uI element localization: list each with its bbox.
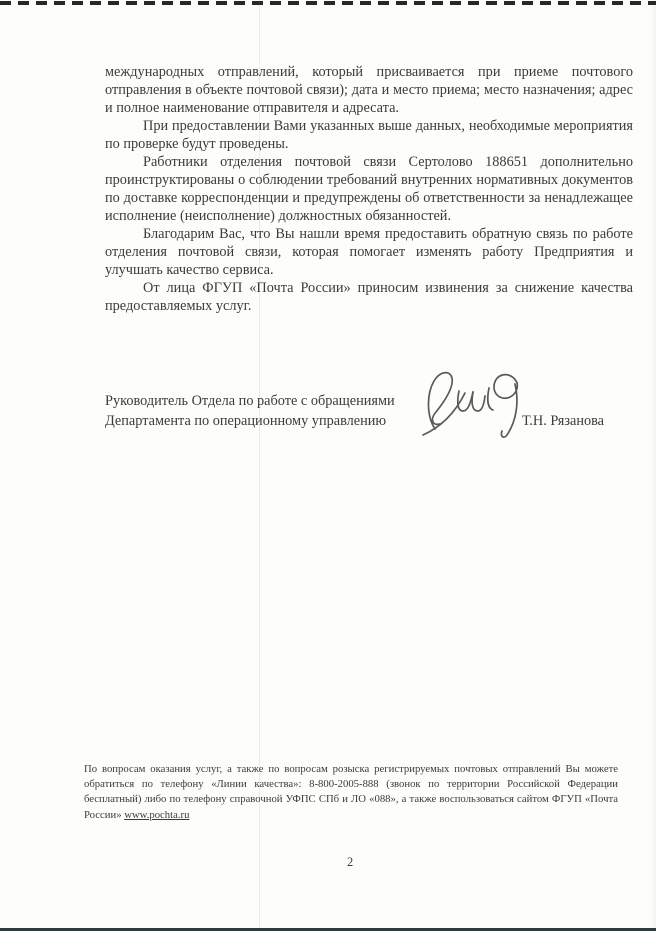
body-paragraph: Благодарим Вас, что Вы нашли время предо… [105,225,633,279]
body-paragraph: При предоставлении Вами указанных выше д… [105,117,633,153]
body-paragraph: Работники отделения почтовой связи Серто… [105,153,633,225]
footer-note: По вопросам оказания услуг, а также по в… [84,762,618,823]
body-paragraph: От лица ФГУП «Почта России» приносим изв… [105,279,633,315]
footer-website-link: www.pochta.ru [124,809,189,821]
scanned-letter-page: международных отправлений, который присв… [0,0,656,931]
page-top-dashed-border [0,1,656,5]
body-paragraph: международных отправлений, который присв… [105,63,633,117]
letter-body: международных отправлений, который присв… [105,63,633,315]
page-number: 2 [347,855,353,870]
signatory-title-line1: Руководитель Отдела по работе с обращени… [105,392,395,412]
signature-handwriting [419,367,533,445]
signatory-title: Руководитель Отдела по работе с обращени… [105,392,395,431]
signatory-title-line2: Департамента по операционному управлению [105,412,395,432]
signatory-name: Т.Н. Рязанова [522,413,604,430]
scan-right-edge-shadow [650,0,656,931]
